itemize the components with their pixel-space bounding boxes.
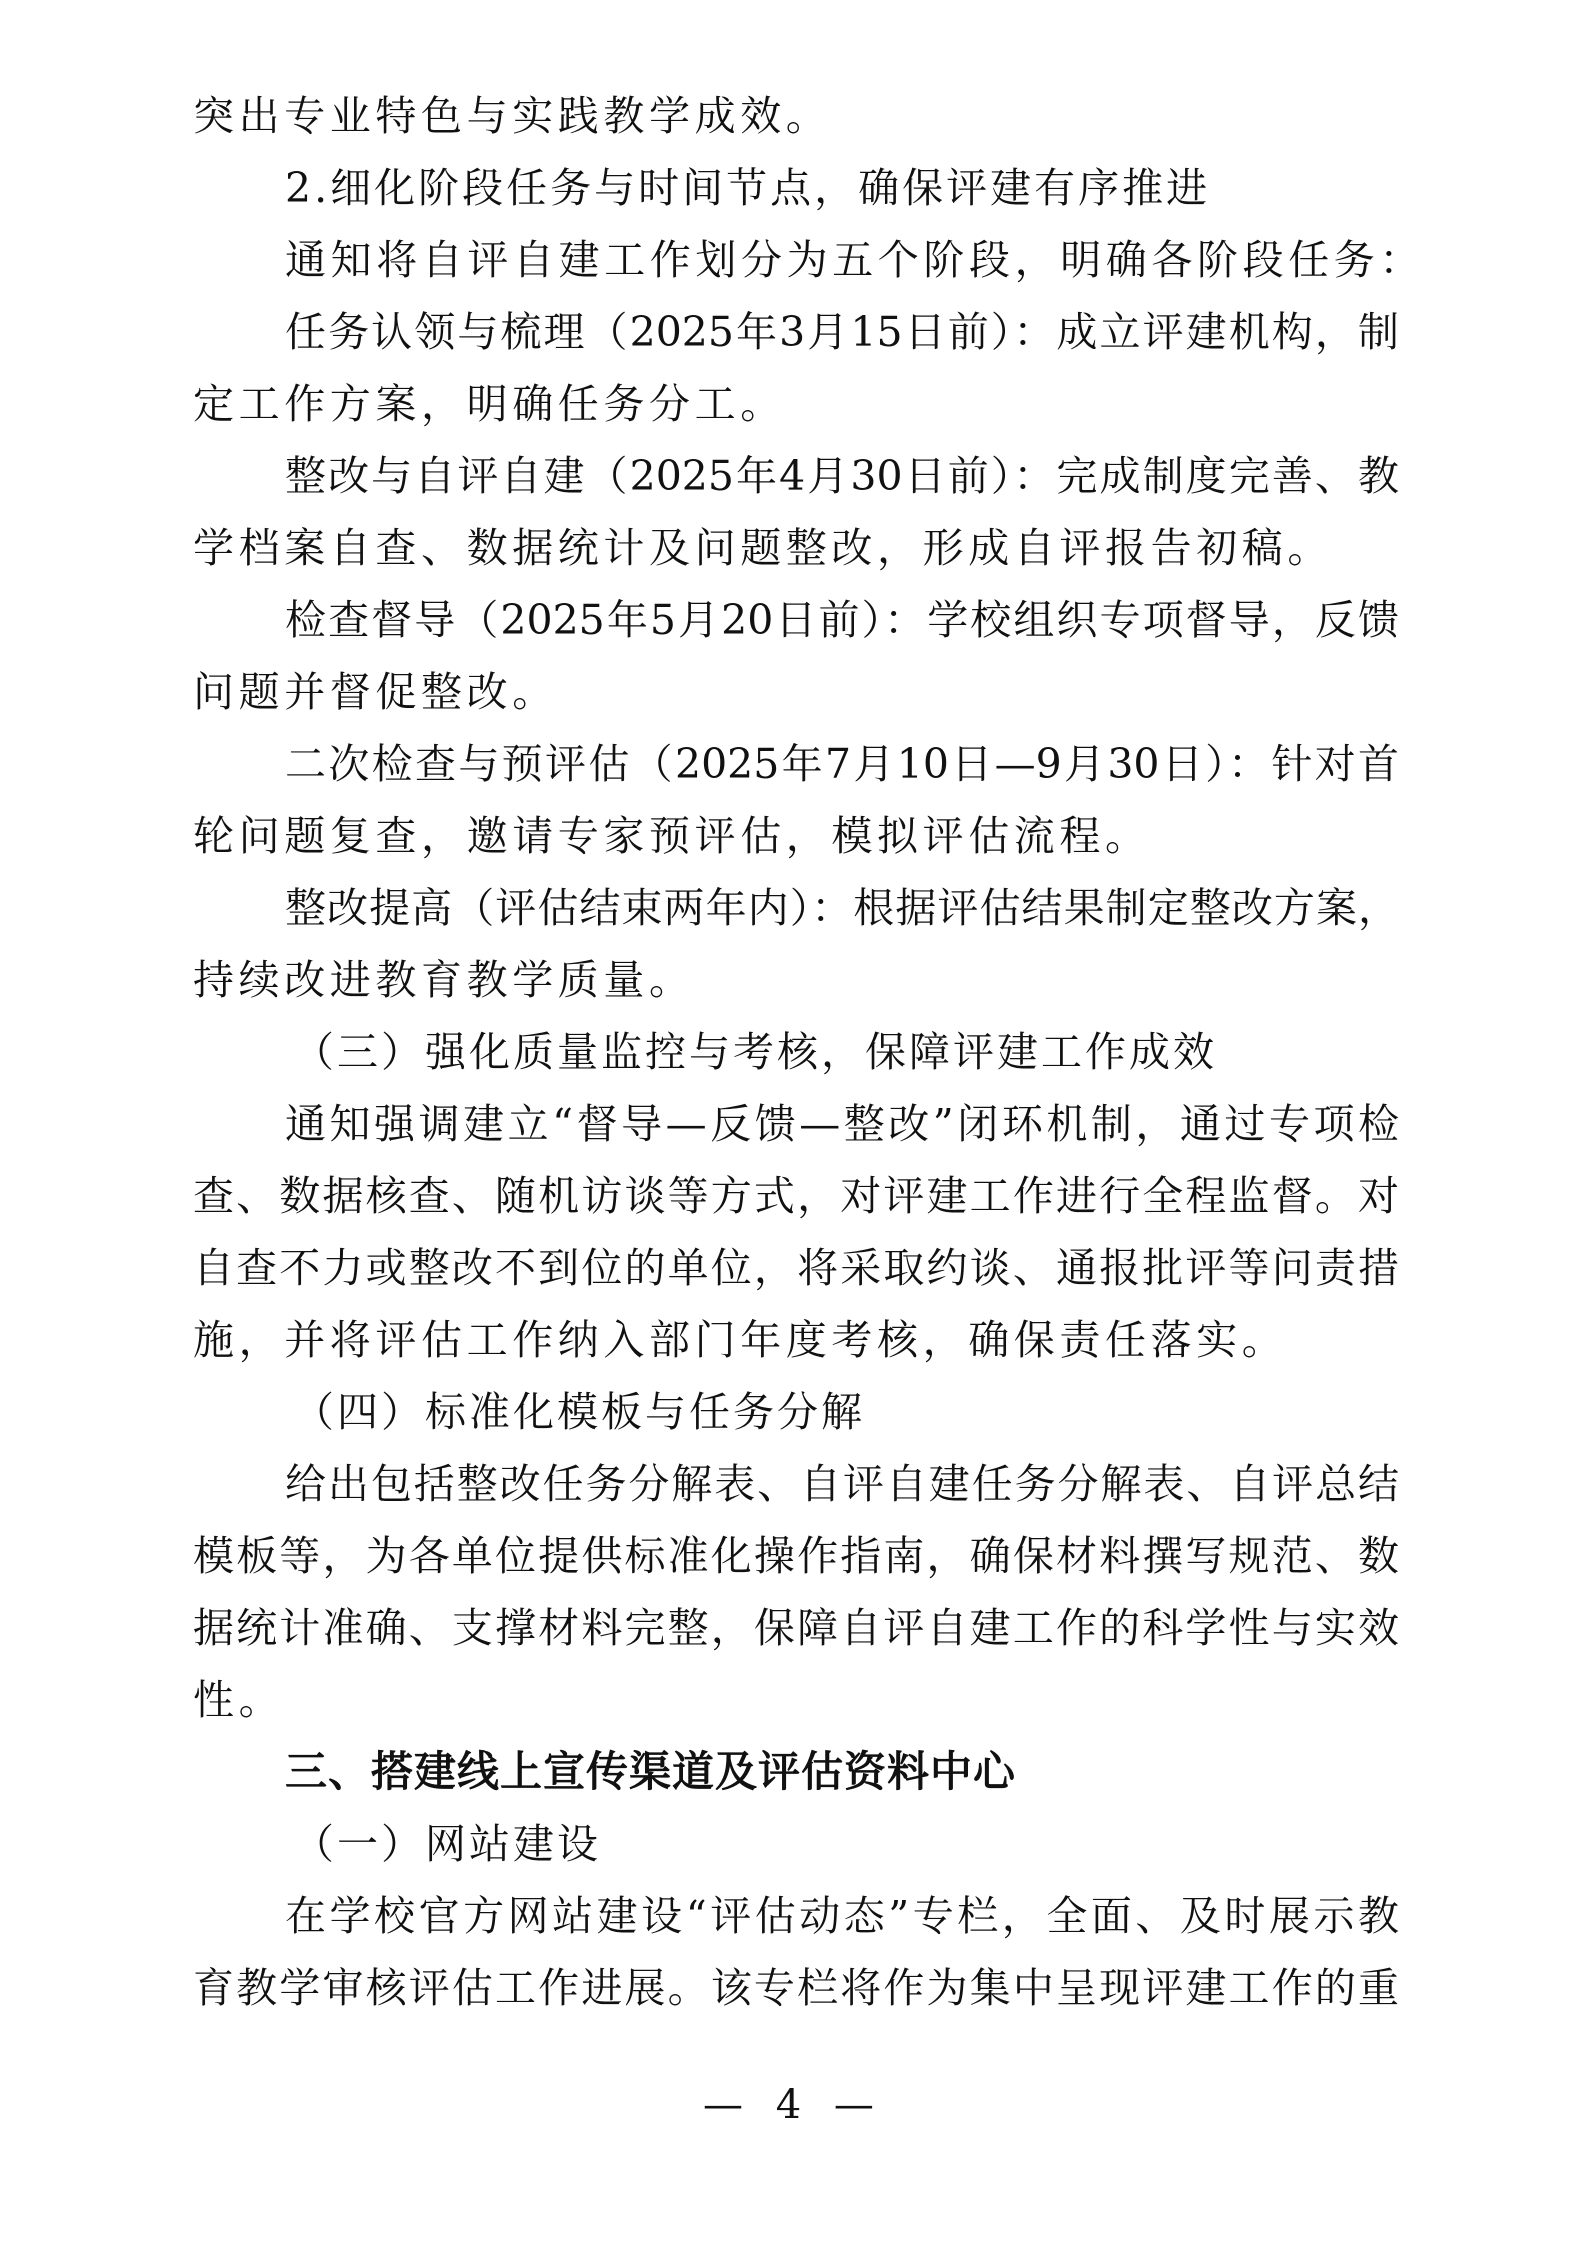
paragraph-stage-2: 整改与自评自建（2025年4月30日前）：完成制度完善、教: [193, 440, 1399, 512]
line-text: 查、数据核查、随机访谈等方式，对评建工作进行全程监督。对: [193, 1160, 1399, 1232]
line-text: 三、搭建线上宣传渠道及评估资料中心: [285, 1747, 1016, 1796]
subheading-website: （一）网站建设: [193, 1808, 1399, 1880]
line-text: （一）网站建设: [293, 1820, 601, 1868]
line-text: 施，并将评估工作纳入部门年度考核，确保责任落实。: [193, 1316, 1287, 1364]
paragraph-templates-cont-2: 据统计准确、支撑材料完整，保障自评自建工作的科学性与实效: [193, 1592, 1399, 1664]
paragraph-templates-cont-1: 模板等，为各单位提供标准化操作指南，确保材料撰写规范、数: [193, 1520, 1399, 1592]
body-line-continuation: 突出专业特色与实践教学成效。: [193, 80, 1399, 152]
line-text: 轮问题复查，邀请专家预评估，模拟评估流程。: [193, 812, 1151, 860]
line-text: 性。: [193, 1676, 284, 1724]
line-text: （四）标准化模板与任务分解: [293, 1388, 865, 1436]
line-text: 给出包括整改任务分解表、自评自建任务分解表、自评总结: [285, 1448, 1399, 1520]
paragraph-templates: 给出包括整改任务分解表、自评自建任务分解表、自评总结: [193, 1448, 1399, 1520]
paragraph-stage-2-cont: 学档案自查、数据统计及问题整改，形成自评报告初稿。: [193, 512, 1399, 584]
paragraph-stage-3: 检查督导（2025年5月20日前）：学校组织专项督导，反馈: [193, 584, 1399, 656]
paragraph-stage-5: 整改提高（评估结束两年内）：根据评估结果制定整改方案，: [193, 872, 1399, 944]
paragraph-website-cont: 育教学审核评估工作进展。该专栏将作为集中呈现评建工作的重: [193, 1952, 1399, 2024]
line-text: 整改与自评自建（2025年4月30日前）：完成制度完善、教: [285, 440, 1399, 512]
subheading-stage-tasks: 2.细化阶段任务与时间节点，确保评建有序推进: [193, 152, 1399, 224]
line-text: 突出专业特色与实践教学成效。: [193, 92, 831, 140]
paragraph-stage-1-cont: 定工作方案，明确任务分工。: [193, 368, 1399, 440]
line-text: 据统计准确、支撑材料完整，保障自评自建工作的科学性与实效: [193, 1592, 1399, 1664]
paragraph-website: 在学校官方网站建设“评估动态”专栏，全面、及时展示教: [193, 1880, 1399, 1952]
paragraph-closed-loop-cont-3: 施，并将评估工作纳入部门年度考核，确保责任落实。: [193, 1304, 1399, 1376]
paragraph-five-stages: 通知将自评自建工作划分为五个阶段，明确各阶段任务：: [193, 224, 1399, 296]
line-text: （三）强化质量监控与考核，保障评建工作成效: [293, 1028, 1217, 1076]
line-text: 任务认领与梳理（2025年3月15日前）：成立评建机构，制: [285, 296, 1399, 368]
paragraph-closed-loop-cont-1: 查、数据核查、随机访谈等方式，对评建工作进行全程监督。对: [193, 1160, 1399, 1232]
paragraph-stage-5-cont: 持续改进教育教学质量。: [193, 944, 1399, 1016]
line-text: 定工作方案，明确任务分工。: [193, 380, 786, 428]
paragraph-stage-4: 二次检查与预评估（2025年7月10日—9月30日）：针对首: [193, 728, 1399, 800]
line-text: 2.细化阶段任务与时间节点，确保评建有序推进: [285, 164, 1210, 212]
line-text: 持续改进教育教学质量。: [193, 956, 695, 1004]
paragraph-stage-3-cont: 问题并督促整改。: [193, 656, 1399, 728]
subheading-standard-templates: （四）标准化模板与任务分解: [193, 1376, 1399, 1448]
line-text: 在学校官方网站建设“评估动态”专栏，全面、及时展示教: [285, 1880, 1399, 1952]
line-text: 通知强调建立“督导—反馈—整改”闭环机制，通过专项检: [285, 1088, 1399, 1160]
line-text: 通知将自评自建工作划分为五个阶段，明确各阶段任务：: [285, 236, 1425, 284]
line-text: 自查不力或整改不到位的单位，将采取约谈、通报批评等问责措: [193, 1232, 1399, 1304]
paragraph-stage-1: 任务认领与梳理（2025年3月15日前）：成立评建机构，制: [193, 296, 1399, 368]
document-page: 突出专业特色与实践教学成效。 2.细化阶段任务与时间节点，确保评建有序推进 通知…: [193, 80, 1399, 2024]
paragraph-closed-loop: 通知强调建立“督导—反馈—整改”闭环机制，通过专项检: [193, 1088, 1399, 1160]
paragraph-templates-cont-3: 性。: [193, 1664, 1399, 1736]
paragraph-closed-loop-cont-2: 自查不力或整改不到位的单位，将采取约谈、通报批评等问责措: [193, 1232, 1399, 1304]
line-text: 问题并督促整改。: [193, 668, 558, 716]
line-text: 育教学审核评估工作进展。该专栏将作为集中呈现评建工作的重: [193, 1952, 1399, 2024]
line-text: 整改提高（评估结束两年内）：根据评估结果制定整改方案，: [285, 872, 1399, 944]
paragraph-stage-4-cont: 轮问题复查，邀请专家预评估，模拟评估流程。: [193, 800, 1399, 872]
line-text: 二次检查与预评估（2025年7月10日—9月30日）：针对首: [285, 728, 1399, 800]
line-text: 学档案自查、数据统计及问题整改，形成自评报告初稿。: [193, 524, 1333, 572]
subheading-quality-monitoring: （三）强化质量监控与考核，保障评建工作成效: [193, 1016, 1399, 1088]
section-heading-online-channels: 三、搭建线上宣传渠道及评估资料中心: [193, 1736, 1399, 1808]
line-text: 模板等，为各单位提供标准化操作指南，确保材料撰写规范、数: [193, 1520, 1399, 1592]
line-text: 检查督导（2025年5月20日前）：学校组织专项督导，反馈: [285, 584, 1399, 656]
page-number: — 4 —: [0, 2075, 1587, 2135]
